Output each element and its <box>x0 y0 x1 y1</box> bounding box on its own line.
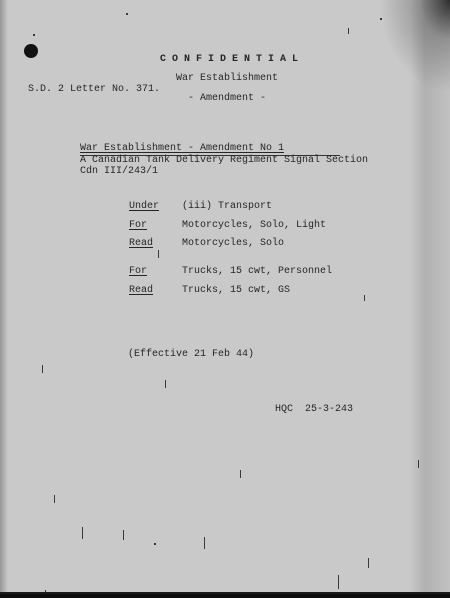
scan-scratch <box>158 250 159 258</box>
scan-scratch <box>82 527 83 539</box>
entry-label-under: Under <box>129 201 159 213</box>
document-subtitle: - Amendment - <box>188 93 266 105</box>
entry-text-under: (iii) Transport <box>182 201 272 213</box>
scan-scratch <box>368 558 369 568</box>
scan-speck <box>154 543 156 545</box>
letter-reference: S.D. 2 Letter No. 371. <box>28 84 160 96</box>
punch-hole <box>24 44 38 58</box>
entry-text-for-2: Trucks, 15 cwt, Personnel <box>182 266 332 278</box>
entry-label-for-2: For <box>129 266 147 278</box>
scan-speck <box>33 34 35 36</box>
effective-date: (Effective 21 Feb 44) <box>128 349 254 361</box>
scan-scratch <box>338 575 339 589</box>
classification-heading: C O N F I D E N T I A L <box>160 54 298 66</box>
scan-scratch <box>42 365 43 373</box>
scan-scratch <box>204 537 205 549</box>
scan-scratch <box>123 530 124 540</box>
scan-scratch <box>240 470 241 478</box>
scan-speck <box>348 28 349 34</box>
entry-label-for-1: For <box>129 220 147 232</box>
entry-text-read-1: Motorcycles, Solo <box>182 238 284 250</box>
entry-text-read-2: Trucks, 15 cwt, GS <box>182 285 290 297</box>
scan-scratch <box>165 380 166 388</box>
scan-bottom-edge <box>0 594 450 598</box>
scan-speck <box>380 18 382 20</box>
scanned-document-page: C O N F I D E N T I A L War Establishmen… <box>0 0 450 592</box>
file-reference: HQC 25-3-243 <box>275 404 353 416</box>
scan-scratch <box>54 495 55 503</box>
scan-speck <box>126 13 128 15</box>
scan-scratch <box>418 460 419 468</box>
scan-scratch <box>45 590 46 592</box>
entry-text-for-1: Motorcycles, Solo, Light <box>182 220 326 232</box>
entry-label-read-1: Read <box>129 238 153 250</box>
unit-code: Cdn III/243/1 <box>80 166 158 178</box>
scan-scratch <box>364 295 365 301</box>
document-title: War Establishment <box>176 73 278 85</box>
entry-label-read-2: Read <box>129 285 153 297</box>
amendment-heading: War Establishment - Amendment No 1 <box>80 143 284 155</box>
